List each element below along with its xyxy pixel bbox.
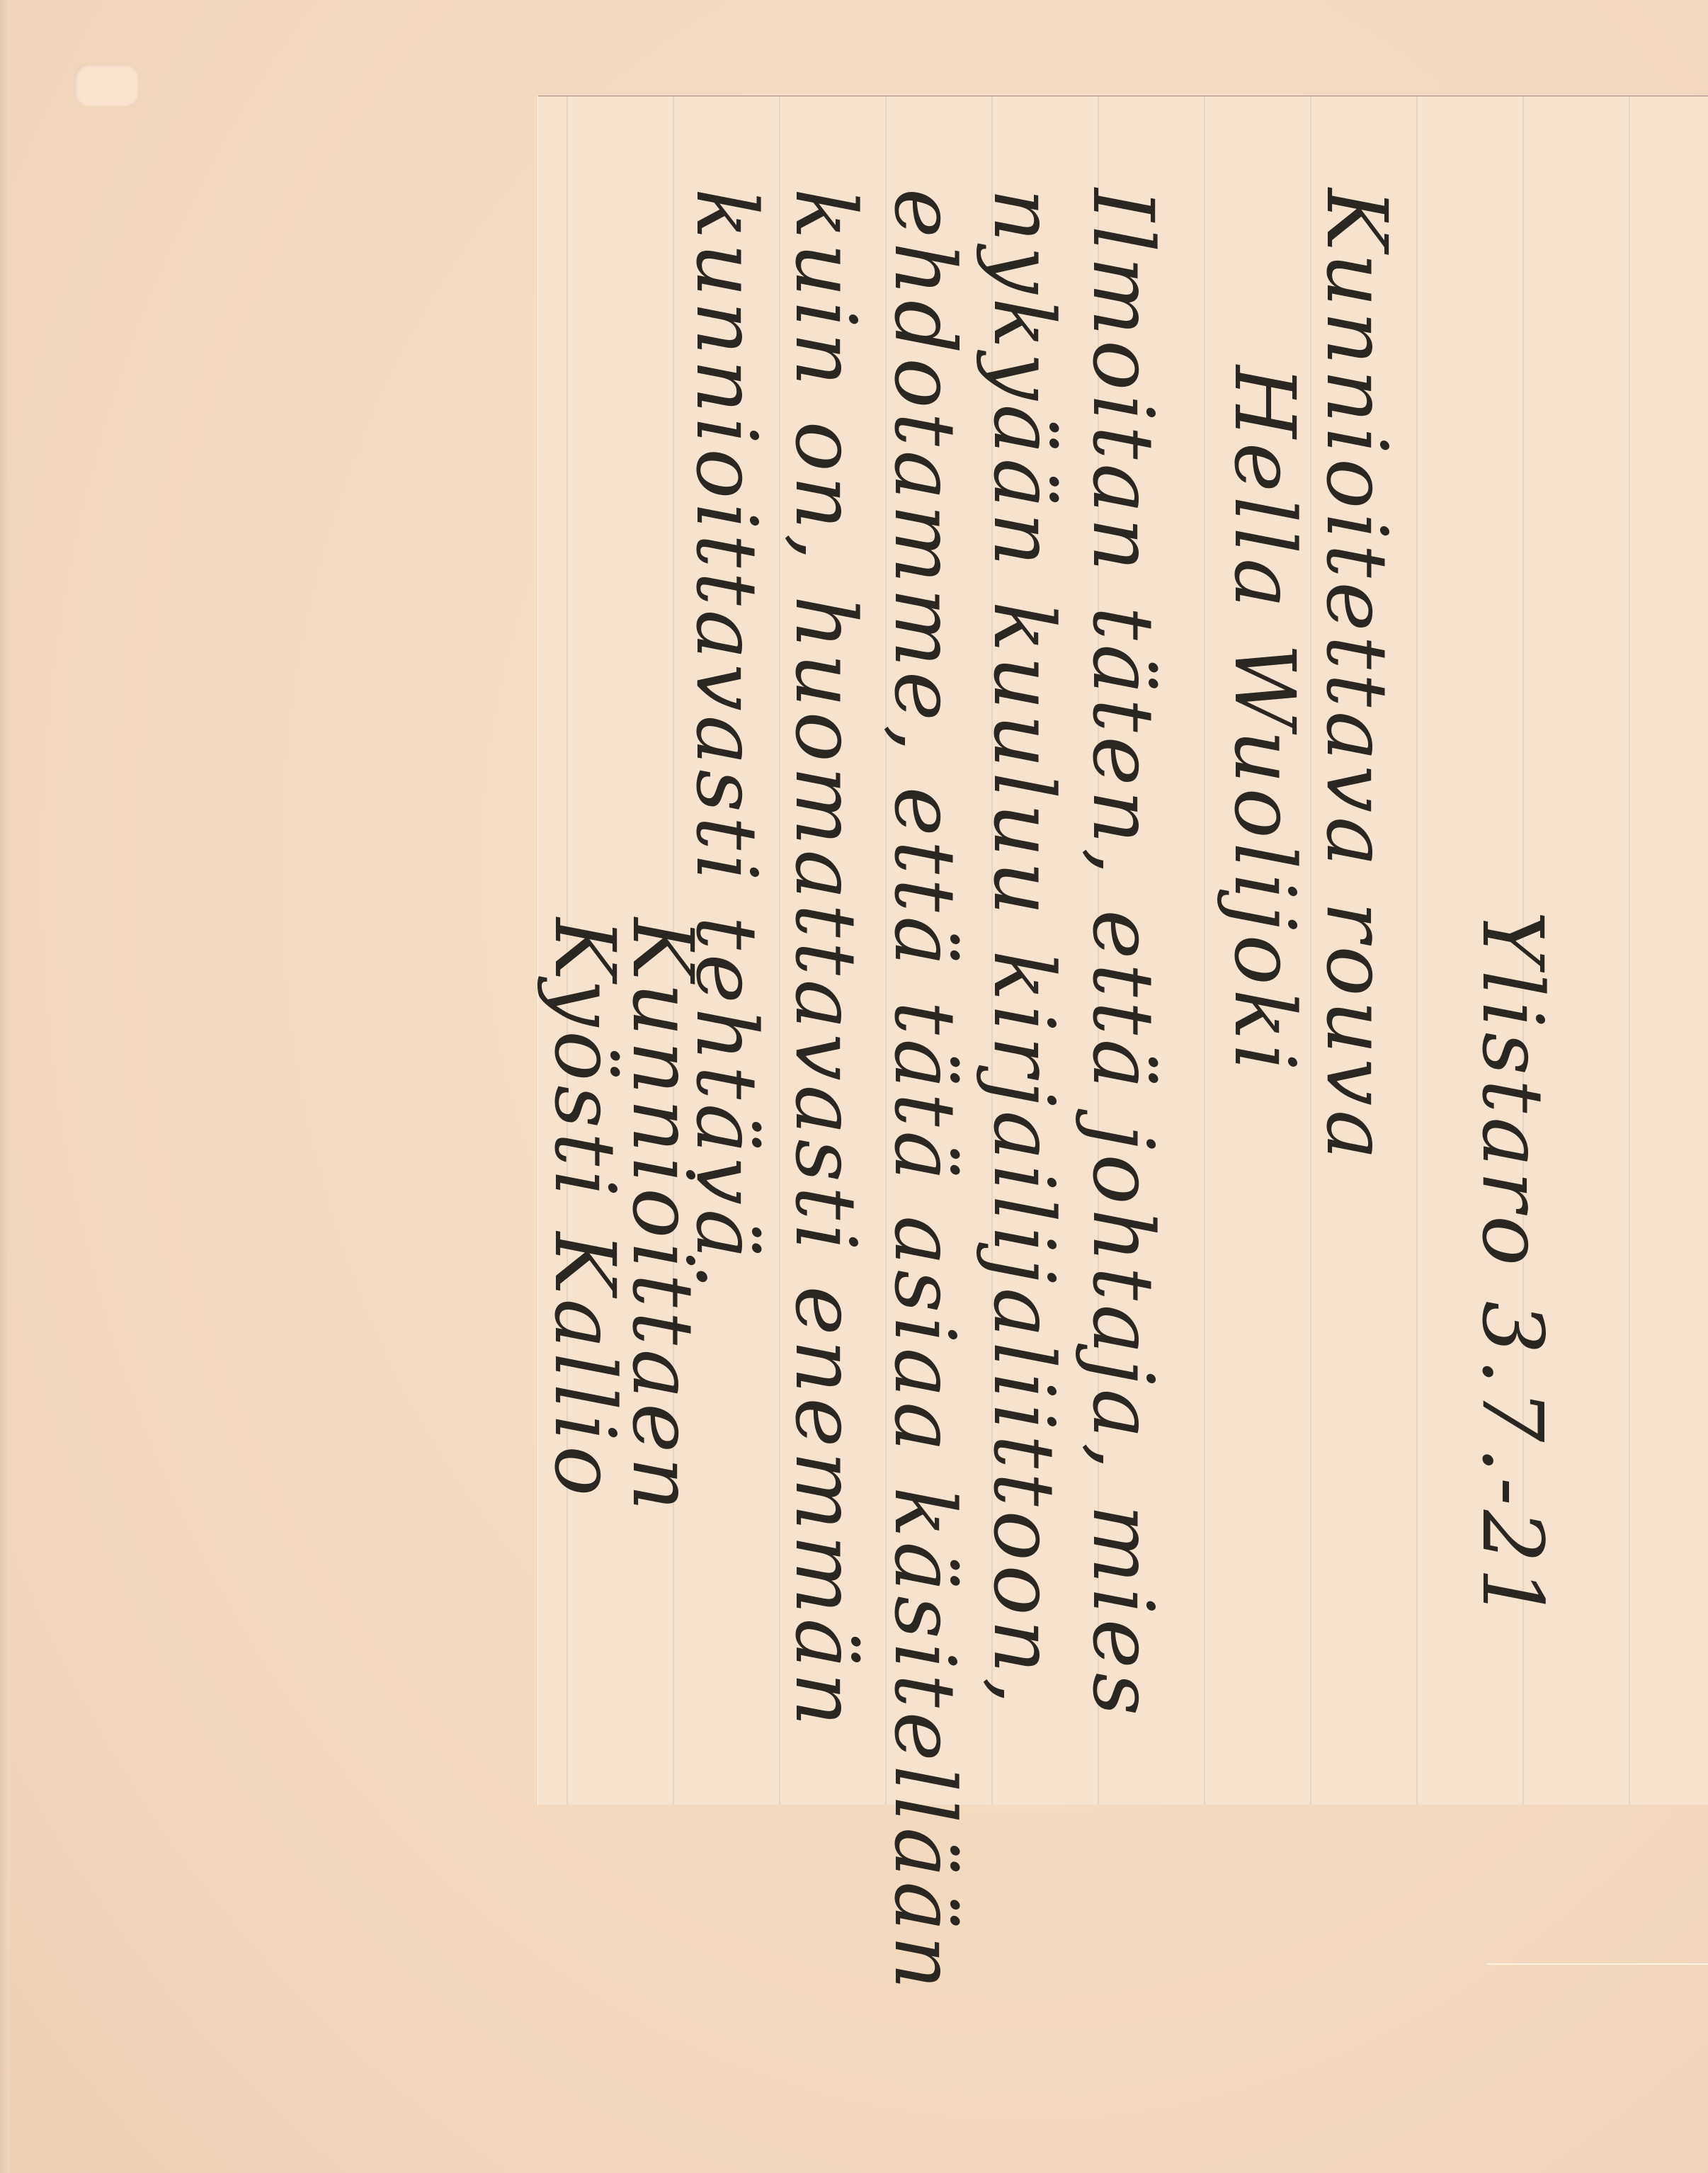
letter-sheet: Ylistaro 3.7.-21 Kunnioitettava rouva He… [538,96,1708,1805]
signature: Kyösti Kallio [536,918,634,1500]
album-page: Ylistaro 3.7.-21 Kunnioitettava rouva He… [0,0,1708,2173]
embossed-mark [74,64,138,106]
salutation-line-2: Hella Wuolijoki [1216,365,1314,1075]
binding-edge [0,0,10,2173]
album-fold-line [1487,1963,1708,1965]
place-date: Ylistaro 3.7.-21 [1464,911,1561,1625]
body-line-1: Ilmoitan täten, että johtaja, mies [1074,188,1172,1720]
body-line-2: nykyään kuuluu kirjailijaliittoon, [975,188,1073,1708]
body-line-3: ehdotamme, että tätä asiaa käsitellään [876,188,974,1994]
salutation-line-1: Kunnioitettava rouva [1308,188,1406,1164]
body-line-4: kuin on, huomattavasti enemmän [777,188,875,1730]
handwritten-text: Ylistaro 3.7.-21 Kunnioitettava rouva He… [538,96,1708,1805]
